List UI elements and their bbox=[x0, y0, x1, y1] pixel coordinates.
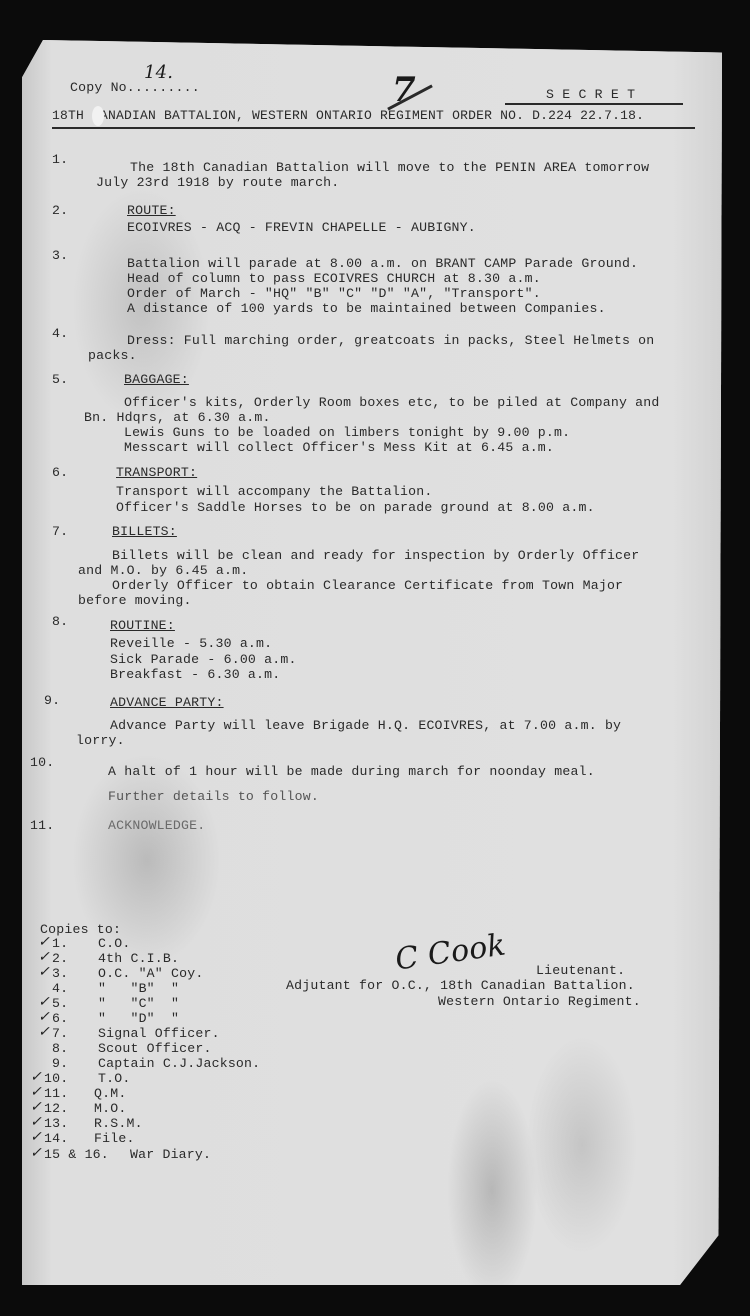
copy-item-recipient: C.O. bbox=[98, 936, 130, 951]
para-5-number: 5. bbox=[52, 372, 68, 387]
copy-number-handwritten: 14. bbox=[144, 62, 173, 83]
signature-line-1: Adjutant for O.C., 18th Canadian Battali… bbox=[286, 978, 635, 993]
copy-item-recipient: War Diary. bbox=[130, 1147, 211, 1162]
para-5-heading: BAGGAGE: bbox=[124, 372, 189, 387]
para-5-line-1: Officer's kits, Orderly Room boxes etc, … bbox=[124, 395, 660, 410]
para-4-line-1: Dress: Full marching order, greatcoats i… bbox=[127, 333, 654, 348]
para-4-number: 4. bbox=[52, 326, 68, 341]
para-7-line-2: and M.O. by 6.45 a.m. bbox=[78, 563, 248, 578]
copy-item-number: 4. bbox=[52, 981, 68, 996]
copy-item-number: 15 & 16. bbox=[44, 1147, 109, 1162]
copy-item-number: 9. bbox=[52, 1056, 68, 1071]
para-6-line-1: Transport will accompany the Battalion. bbox=[116, 484, 432, 499]
copy-item-recipient: File. bbox=[94, 1131, 135, 1146]
para-10-line-2: Further details to follow. bbox=[108, 789, 319, 804]
copy-item-recipient: Q.M. bbox=[94, 1086, 126, 1101]
para-11-number: 11. bbox=[30, 818, 54, 833]
battalion-order-document: Copy No......... 14. 7 S E C R E T 18TH … bbox=[0, 0, 750, 1316]
para-3-line-2: Head of column to pass ECOIVRES CHURCH a… bbox=[127, 271, 541, 286]
para-8-heading: ROUTINE: bbox=[110, 618, 175, 633]
para-9-number: 9. bbox=[44, 693, 60, 708]
copy-item-number: 7. bbox=[52, 1026, 68, 1041]
copies-to-label: Copies to: bbox=[40, 922, 121, 937]
order-title: 18TH CANADIAN BATTALION, WESTERN ONTARIO… bbox=[52, 108, 644, 123]
tick-mark-icon: ✓ bbox=[38, 949, 50, 965]
tick-mark-icon: ✓ bbox=[38, 994, 50, 1010]
para-6-line-2: Officer's Saddle Horses to be on parade … bbox=[116, 500, 595, 515]
para-7-heading: BILLETS: bbox=[112, 524, 177, 539]
para-9-heading: ADVANCE PARTY: bbox=[110, 695, 224, 710]
tick-mark-icon: ✓ bbox=[30, 1099, 42, 1115]
tick-mark-icon: ✓ bbox=[38, 934, 50, 950]
copy-item-number: 13. bbox=[44, 1116, 68, 1131]
tick-mark-icon: ✓ bbox=[38, 964, 50, 980]
punch-hole bbox=[92, 106, 104, 126]
para-10-line-1: A halt of 1 hour will be made during mar… bbox=[108, 764, 595, 779]
signature-rank: Lieutenant. bbox=[536, 963, 625, 978]
para-9-line-2: lorry. bbox=[76, 733, 125, 748]
tick-mark-icon: ✓ bbox=[30, 1069, 42, 1085]
signature-line-2: Western Ontario Regiment. bbox=[438, 994, 641, 1009]
copy-item-number: 1. bbox=[52, 936, 68, 951]
para-9-line-1: Advance Party will leave Brigade H.Q. EC… bbox=[110, 718, 621, 733]
tick-mark-icon: ✓ bbox=[30, 1114, 42, 1130]
copy-item-number: 10. bbox=[44, 1071, 68, 1086]
copy-item-number: 8. bbox=[52, 1041, 68, 1056]
copy-item-recipient: M.O. bbox=[94, 1101, 126, 1116]
para-7-line-1: Billets will be clean and ready for insp… bbox=[112, 548, 639, 563]
para-1-line-2: July 23rd 1918 by route march. bbox=[96, 175, 339, 190]
para-8-line-2: Sick Parade - 6.00 a.m. bbox=[110, 652, 297, 667]
copy-item-number: 14. bbox=[44, 1131, 68, 1146]
para-1-line-1: The 18th Canadian Battalion will move to… bbox=[130, 160, 649, 175]
tick-mark-icon: ✓ bbox=[38, 1024, 50, 1040]
para-7-number: 7. bbox=[52, 524, 68, 539]
para-5-line-3: Lewis Guns to be loaded on limbers tonig… bbox=[124, 425, 570, 440]
copy-item-recipient: " "B" " bbox=[98, 981, 179, 996]
para-10-number: 10. bbox=[30, 755, 54, 770]
para-8-line-1: Reveille - 5.30 a.m. bbox=[110, 636, 272, 651]
copy-item-number: 3. bbox=[52, 966, 68, 981]
copy-item-number: 2. bbox=[52, 951, 68, 966]
copy-item-recipient: 4th C.I.B. bbox=[98, 951, 179, 966]
copy-item-number: 5. bbox=[52, 996, 68, 1011]
copy-item-recipient: O.C. "A" Coy. bbox=[98, 966, 203, 981]
para-7-line-3: Orderly Officer to obtain Clearance Cert… bbox=[112, 578, 623, 593]
para-7-line-4: before moving. bbox=[78, 593, 192, 608]
title-underline bbox=[52, 127, 695, 129]
para-6-number: 6. bbox=[52, 465, 68, 480]
para-2-heading: ROUTE: bbox=[127, 203, 176, 218]
copy-item-recipient: Signal Officer. bbox=[98, 1026, 220, 1041]
copy-item-recipient: Scout Officer. bbox=[98, 1041, 212, 1056]
para-3-number: 3. bbox=[52, 248, 68, 263]
copy-item-recipient: T.O. bbox=[98, 1071, 130, 1086]
copy-item-number: 6. bbox=[52, 1011, 68, 1026]
para-5-line-4: Messcart will collect Officer's Mess Kit… bbox=[124, 440, 554, 455]
para-3-line-3: Order of March - "HQ" "B" "C" "D" "A", "… bbox=[127, 286, 541, 301]
copy-number-label: Copy No......... bbox=[70, 80, 200, 95]
para-3-line-1: Battalion will parade at 8.00 a.m. on BR… bbox=[127, 256, 638, 271]
para-11-line-1: ACKNOWLEDGE. bbox=[108, 818, 205, 833]
para-8-line-3: Breakfast - 6.30 a.m. bbox=[110, 667, 280, 682]
tick-mark-icon: ✓ bbox=[30, 1145, 42, 1161]
tick-mark-icon: ✓ bbox=[30, 1084, 42, 1100]
classification-label: S E C R E T bbox=[546, 87, 635, 102]
copy-item-recipient: Captain C.J.Jackson. bbox=[98, 1056, 260, 1071]
para-8-number: 8. bbox=[52, 614, 68, 629]
copy-item-number: 12. bbox=[44, 1101, 68, 1116]
para-2-line-1: ECOIVRES - ACQ - FREVIN CHAPELLE - AUBIG… bbox=[127, 220, 476, 235]
handwritten-signature: C Cook bbox=[393, 927, 508, 977]
copy-item-recipient: " "D" " bbox=[98, 1011, 179, 1026]
tick-mark-icon: ✓ bbox=[30, 1129, 42, 1145]
copy-item-number: 11. bbox=[44, 1086, 68, 1101]
para-6-heading: TRANSPORT: bbox=[116, 465, 197, 480]
tick-mark-icon: ✓ bbox=[38, 1009, 50, 1025]
para-2-number: 2. bbox=[52, 203, 68, 218]
classification-underline bbox=[505, 103, 683, 105]
copy-item-recipient: R.S.M. bbox=[94, 1116, 143, 1131]
para-3-line-4: A distance of 100 yards to be maintained… bbox=[127, 301, 606, 316]
para-5-line-2: Bn. Hdqrs, at 6.30 a.m. bbox=[84, 410, 271, 425]
copy-item-recipient: " "C" " bbox=[98, 996, 179, 1011]
para-1-number: 1. bbox=[52, 152, 68, 167]
para-4-line-2: packs. bbox=[88, 348, 137, 363]
